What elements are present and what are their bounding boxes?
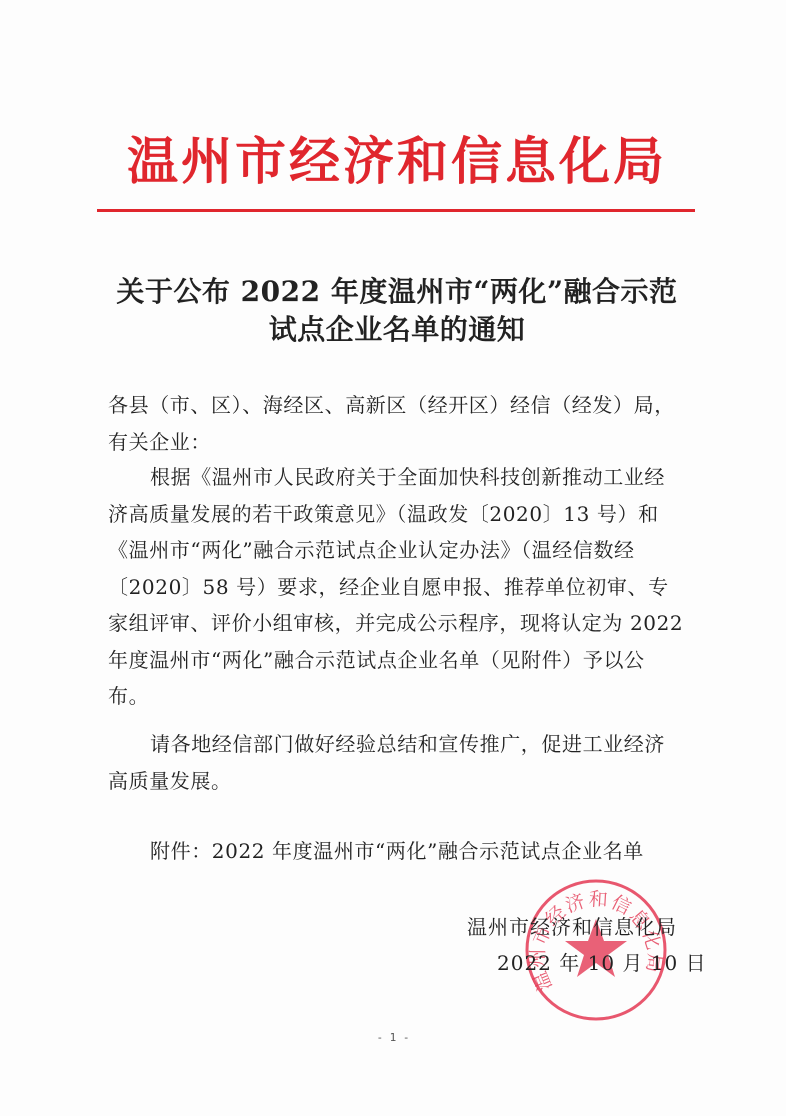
salutation: 各县（市、区）、海经区、高新区（经开区）经信（经发）局， 有关企业： [108, 387, 686, 460]
page-number: - 1 - [0, 1031, 786, 1044]
attachment-note: 附件：2022 年度温州市“两化”融合示范试点企业名单 [108, 833, 686, 870]
document-page: 温州市经济和信息化局 关于公布 2022 年度温州市“两化”融合示范 试点企业名… [0, 0, 786, 1116]
body-line: 济高质量发展的若干政策意见》（温政发〔2020〕13 号）和 [108, 496, 686, 533]
salutation-line-1: 各县（市、区）、海经区、高新区（经开区）经信（经发）局， [108, 387, 686, 424]
signature-date: 2022 年 10 月 10 日 [497, 947, 707, 976]
body-paragraph-2: 请各地经信部门做好经验总结和宣传推广，促进工业经济 高质量发展。 [108, 726, 686, 799]
red-header-rule [97, 209, 695, 212]
document-title-line-1: 关于公布 2022 年度温州市“两化”融合示范 [97, 274, 697, 310]
body-paragraph-1: 根据《温州市人民政府关于全面加快科技创新推动工业经 济高质量发展的若干政策意见》… [108, 459, 686, 715]
document-title-line-2: 试点企业名单的通知 [97, 312, 697, 348]
body-line: 年度温州市“两化”融合示范试点企业名单（见附件）予以公 [108, 642, 686, 679]
salutation-line-2: 有关企业： [108, 424, 686, 461]
signature-organization: 温州市经济和信息化局 [467, 911, 677, 940]
body-line: 〔2020〕58 号）要求，经企业自愿申报、推荐单位初审、专 [108, 569, 686, 606]
body-line: 高质量发展。 [108, 763, 686, 800]
body-line: 布。 [108, 678, 686, 715]
attachment-label: 附件：2022 年度温州市“两化”融合示范试点企业名单 [108, 833, 686, 870]
body-line: 家组评审、评价小组审核，并完成公示程序，现将认定为 2022 [108, 605, 686, 642]
issuer-masthead: 温州市经济和信息化局 [97, 132, 697, 192]
body-line: 《温州市“两化”融合示范试点企业认定办法》（温经信数经 [108, 532, 686, 569]
body-line: 请各地经信部门做好经验总结和宣传推广，促进工业经济 [108, 726, 686, 763]
body-line: 根据《温州市人民政府关于全面加快科技创新推动工业经 [108, 459, 686, 496]
